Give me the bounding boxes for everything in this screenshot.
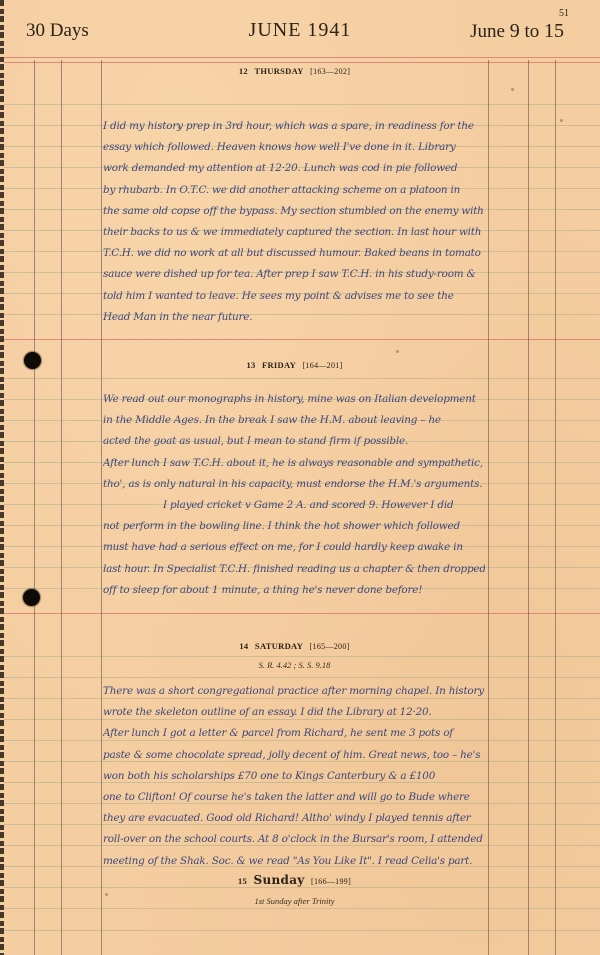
day-name: THURSDAY <box>254 66 303 76</box>
ruled-line <box>4 378 600 379</box>
entry-line: sauce were dished up for tea. After prep… <box>103 264 485 285</box>
paper-speck <box>511 88 514 91</box>
column-line <box>528 60 529 955</box>
ruled-line <box>4 930 600 931</box>
column-line <box>34 60 35 955</box>
entry-line: essay which followed. Heaven knows how w… <box>103 137 485 158</box>
ruled-line <box>4 104 600 105</box>
entry-line: wrote the skeleton outline of an essay. … <box>103 702 485 723</box>
entry-line: T.C.H. we did no work at all but discuss… <box>103 243 485 264</box>
day-of-year-count: [166—199] <box>311 877 351 886</box>
entry-line: tho', as is only natural in his capacity… <box>103 474 485 495</box>
page-number: 51 <box>559 8 569 19</box>
ruled-line <box>4 656 600 657</box>
entry-line: After lunch I saw T.C.H. about it, he is… <box>103 453 485 474</box>
entry-line: meeting of the Shak. Soc. & we read "As … <box>103 851 485 872</box>
day-of-year-count: [165—200] <box>310 642 350 651</box>
entry-line: in the Middle Ages. In the break I saw t… <box>103 410 485 431</box>
day-number: 13 <box>246 360 255 370</box>
entry-line: must have had a serious effect on me, fo… <box>103 537 485 558</box>
day-heading-friday: 13 FRIDAY [164—201] <box>101 360 488 370</box>
day-number: 12 <box>239 66 248 76</box>
ruled-line <box>4 908 600 909</box>
entry-line: not perform in the bowling line. I think… <box>103 516 485 537</box>
torn-binding-edge <box>0 0 4 955</box>
paper-speck <box>396 350 399 353</box>
week-range: June 9 to 15 <box>470 20 564 56</box>
entry-line: I played cricket v Game 2 A. and scored … <box>103 495 485 516</box>
entry-line: the same old copse off the bypass. My se… <box>103 201 485 222</box>
day-name: Sunday <box>254 873 305 887</box>
liturgical-note: 1st Sunday after Trinity <box>101 896 488 906</box>
entry-line: their backs to us & we immediately captu… <box>103 222 485 243</box>
day-number: 14 <box>239 641 248 651</box>
entry-line: paste & some chocolate spread, jolly dec… <box>103 745 485 766</box>
entry-line: I did my history prep in 3rd hour, which… <box>103 116 485 137</box>
entry-thursday: I did my history prep in 3rd hour, which… <box>103 116 485 328</box>
column-line <box>555 60 556 955</box>
entry-line: one to Clifton! Of course he's taken the… <box>103 787 485 808</box>
range-prefix: June <box>470 21 505 42</box>
entry-line: There was a short congregational practic… <box>103 681 485 702</box>
entry-line: work demanded my attention at 12·20. Lun… <box>103 158 485 179</box>
day-name: FRIDAY <box>262 360 296 370</box>
day-heading-sunday: 15 Sunday [166—199] <box>101 873 488 887</box>
entry-line: last hour. In Specialist T.C.H. finished… <box>103 559 485 580</box>
column-line <box>101 60 102 955</box>
range-to: 15 <box>544 20 564 42</box>
entry-line: We read out our monographs in history, m… <box>103 389 485 410</box>
range-to-word: to <box>524 21 539 42</box>
day-name: SATURDAY <box>255 641 303 651</box>
entry-line: roll-over on the school courts. At 8 o'c… <box>103 829 485 850</box>
day-heading-thursday: 12 THURSDAY [163—202] <box>101 66 488 76</box>
diary-page: 30 Days JUNE 1941 June 9 to 15 51 <box>0 0 600 955</box>
entry-line: Head Man in the near future. <box>103 307 485 328</box>
ruled-line <box>4 887 600 888</box>
ruled-line <box>4 677 600 678</box>
entry-line: off to sleep for about 1 minute, a thing… <box>103 580 485 601</box>
day-of-year-count: [164—201] <box>303 361 343 370</box>
entry-line: After lunch I got a letter & parcel from… <box>103 723 485 744</box>
entry-line: told him I wanted to leave. He sees my p… <box>103 286 485 307</box>
entry-saturday: There was a short congregational practic… <box>103 681 485 872</box>
day-number: 15 <box>238 876 247 886</box>
header-red-rule <box>4 57 600 63</box>
day-divider-red-rule <box>4 339 600 340</box>
entry-line: acted the goat as usual, but I mean to s… <box>103 431 485 452</box>
entry-friday: We read out our monographs in history, m… <box>103 389 485 601</box>
entry-line: won both his scholarships £70 one to Kin… <box>103 766 485 787</box>
range-from: 9 <box>510 20 520 42</box>
day-divider-red-rule <box>4 613 600 614</box>
punch-hole <box>24 352 41 369</box>
paper-speck <box>560 119 563 122</box>
day-heading-saturday: 14 SATURDAY [165—200] <box>101 641 488 651</box>
column-line <box>61 60 62 955</box>
entry-line: they are evacuated. Good old Richard! Al… <box>103 808 485 829</box>
entry-line: by rhubarb. In O.T.C. we did another att… <box>103 180 485 201</box>
day-of-year-count: [163—202] <box>310 67 350 76</box>
column-line <box>488 60 489 955</box>
punch-hole <box>23 589 40 606</box>
sunrise-sunset-note: S. R. 4.42 ; S. S. 9.18 <box>101 660 488 670</box>
